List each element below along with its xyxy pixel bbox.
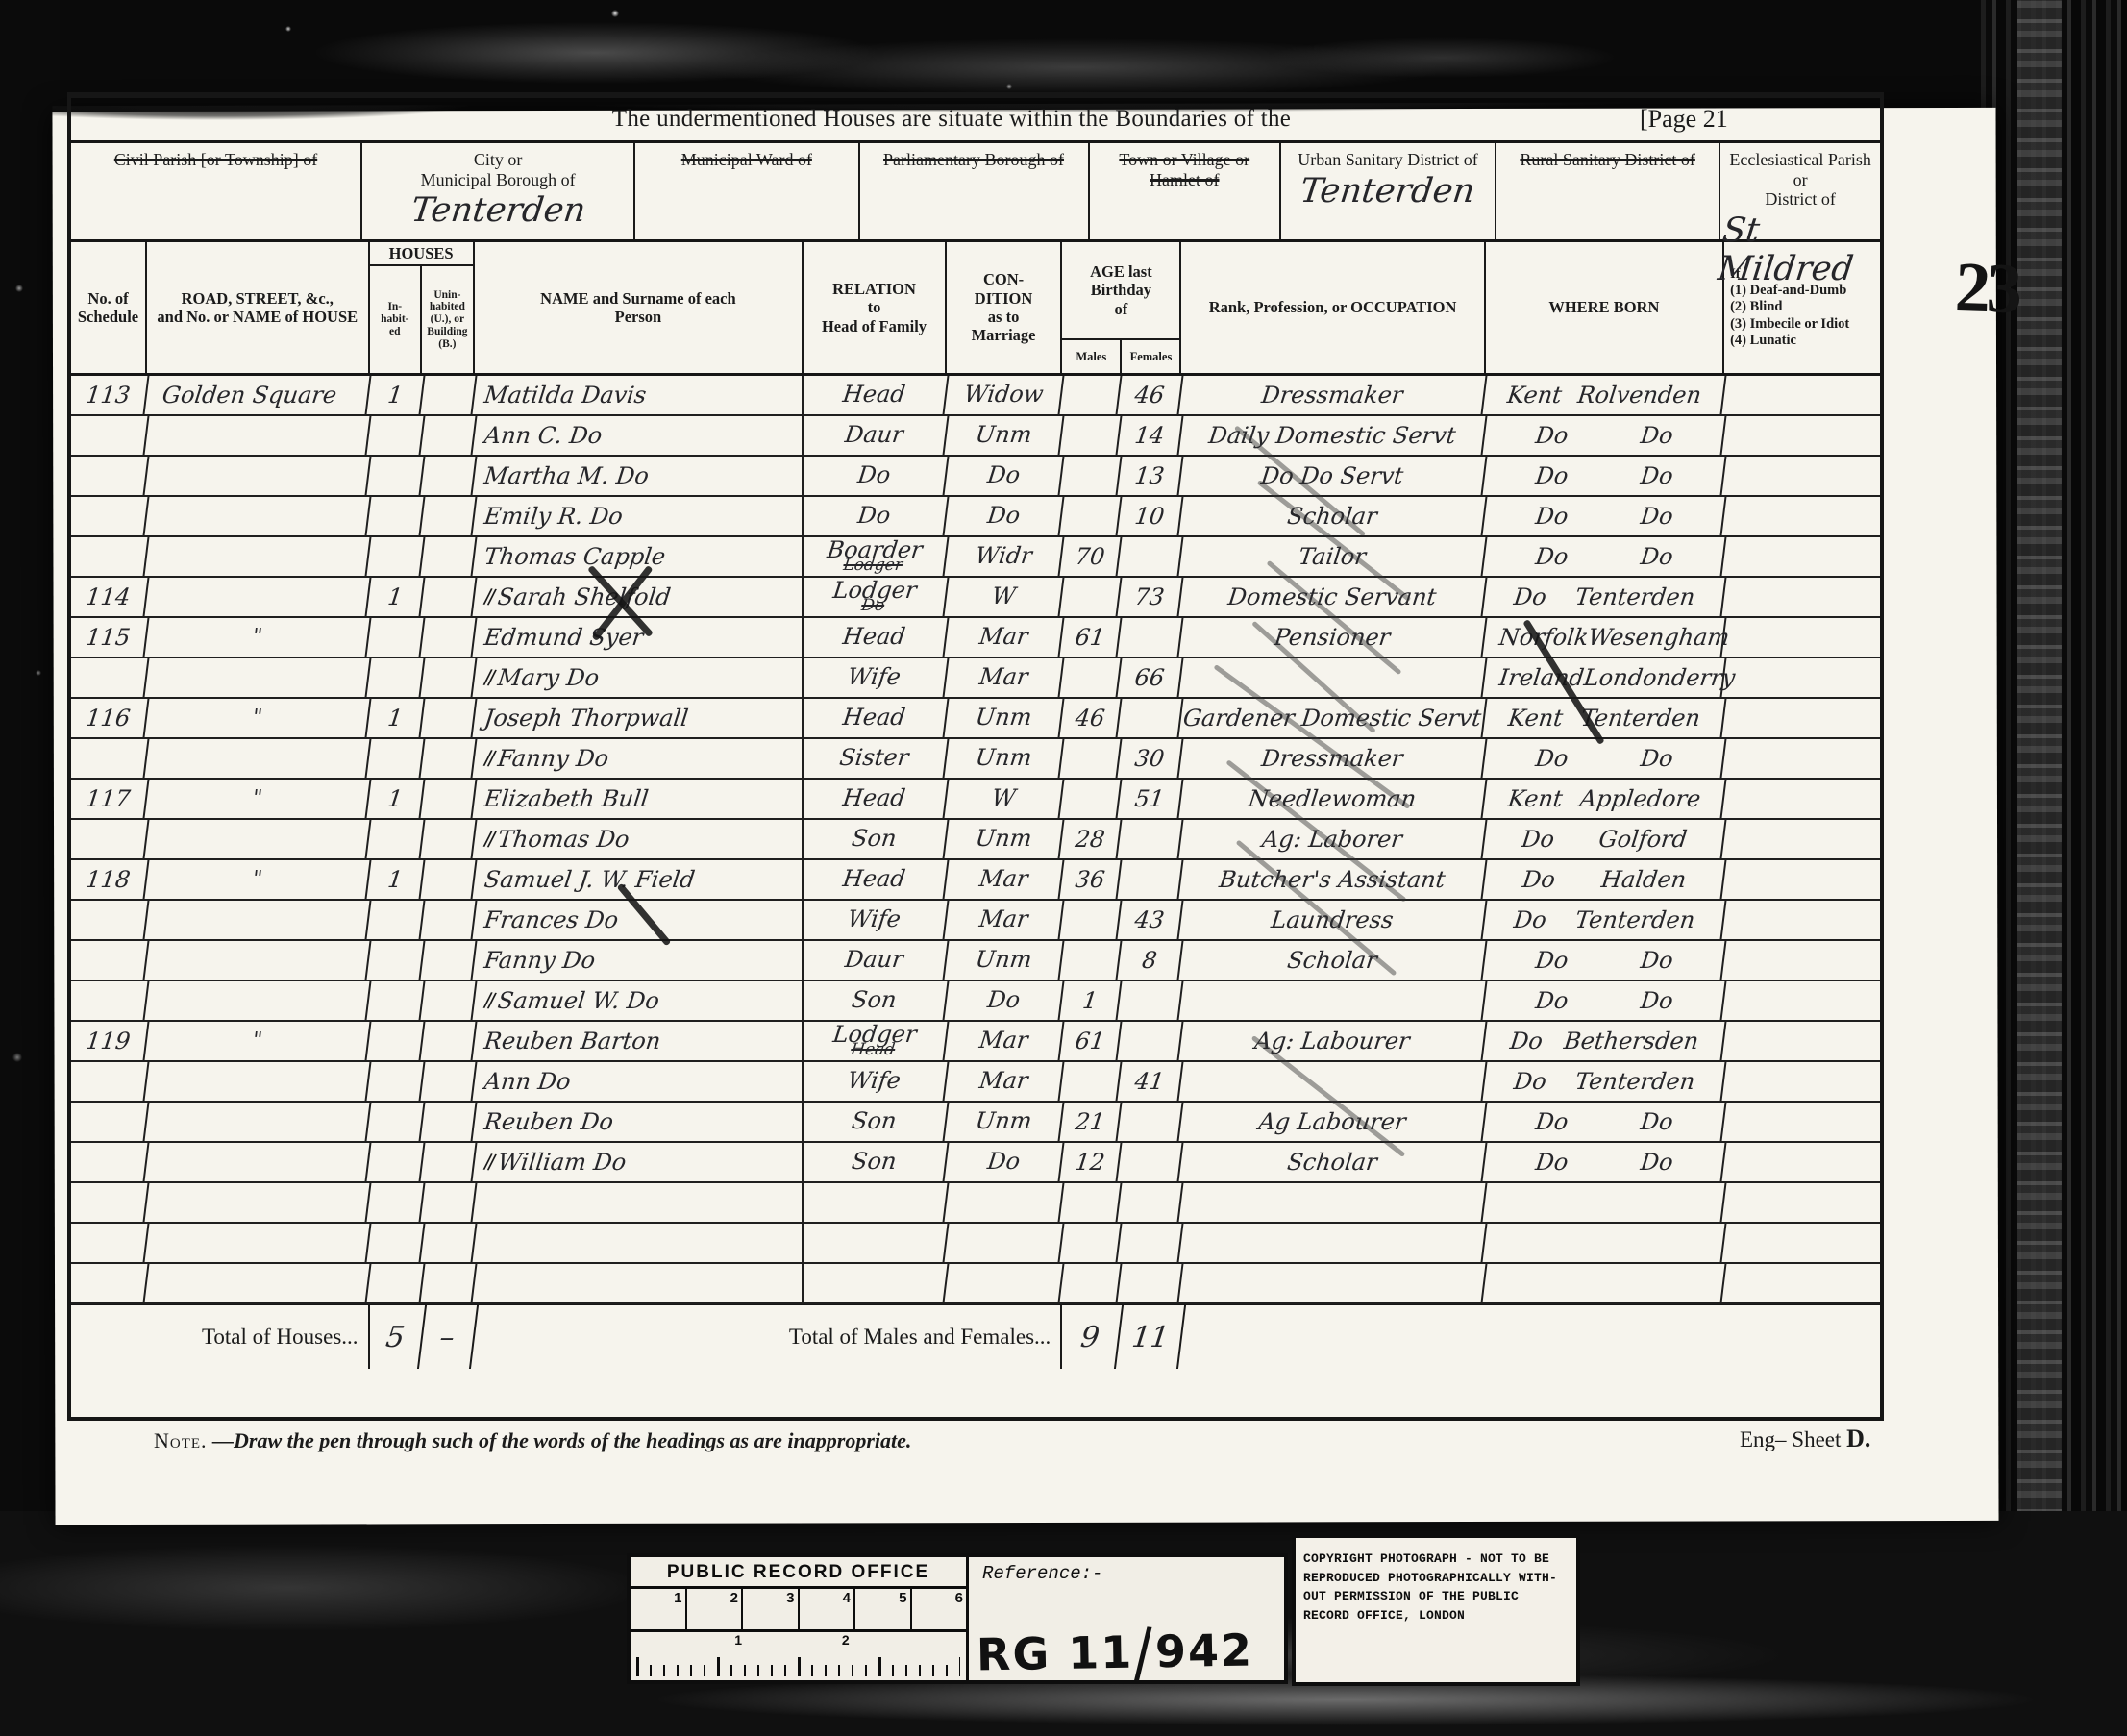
cell-female bbox=[1118, 1143, 1184, 1181]
total-uninhabited-value: – bbox=[418, 1305, 479, 1369]
cell-road bbox=[145, 497, 372, 535]
header-name: NAME and Surname of each Person bbox=[475, 242, 804, 373]
cell-born: DoDo bbox=[1483, 739, 1726, 778]
person-name: Reuben Barton bbox=[482, 1029, 661, 1053]
cell-inhabited bbox=[367, 941, 424, 980]
cell-condition bbox=[944, 1224, 1064, 1262]
cell-infirmity bbox=[1724, 1224, 1880, 1262]
copyright-line: REPRODUCED PHOTOGRAPHICALLY WITH- bbox=[1303, 1569, 1569, 1588]
cell-schedule bbox=[69, 981, 150, 1020]
born-county: Do bbox=[1534, 1151, 1570, 1174]
cell-name: //Thomas Do bbox=[475, 820, 804, 858]
cell-occupation: Dressmaker bbox=[1179, 376, 1488, 414]
cell-occupation: Dressmaker bbox=[1179, 739, 1488, 778]
scan-border-left bbox=[0, 0, 60, 1736]
cell-born: DoHalden bbox=[1483, 860, 1726, 899]
person-name: Samuel W. Do bbox=[497, 989, 661, 1012]
cell-road bbox=[145, 981, 372, 1020]
cell-occupation bbox=[1179, 981, 1488, 1020]
cell-born: DoTenterden bbox=[1483, 901, 1726, 939]
cell-schedule bbox=[69, 1183, 150, 1222]
table-row: Martha M. DoDoDo13Do Do ServtDoDo bbox=[71, 457, 1880, 497]
cell-infirmity bbox=[1724, 820, 1880, 858]
cell-infirmity bbox=[1724, 981, 1880, 1020]
cell-schedule: 116 bbox=[69, 699, 150, 737]
cell-schedule: 113 bbox=[69, 376, 150, 414]
cell-occupation: Ag Labourer bbox=[1179, 1103, 1488, 1141]
cell-infirmity bbox=[1724, 618, 1880, 657]
cell-male: 12 bbox=[1060, 1143, 1123, 1181]
table-body: 113Golden Square1Matilda DavisHeadWidow4… bbox=[71, 376, 1880, 1304]
header-road: ROAD, STREET, &c., and No. or NAME of HO… bbox=[147, 242, 369, 373]
district-label: Urban Sanitary District of bbox=[1298, 143, 1477, 170]
cell-road bbox=[145, 578, 372, 616]
pro-inch-ruler: 12 bbox=[631, 1632, 966, 1680]
cell-occupation: Gardener Domestic Servt bbox=[1179, 699, 1488, 737]
cell-relation: BoarderLodger bbox=[802, 537, 950, 576]
header-born: WHERE BORN bbox=[1486, 242, 1724, 373]
household-end-mark: // bbox=[482, 665, 494, 691]
cell-born: DoTenterden bbox=[1483, 578, 1726, 616]
born-county: Do bbox=[1534, 464, 1570, 487]
cell-uninhabited bbox=[420, 860, 477, 899]
cell-road: " bbox=[145, 860, 372, 899]
born-county: Do bbox=[1512, 908, 1547, 931]
district-header: Civil Parish [or Township] ofCity or Mun… bbox=[71, 140, 1880, 242]
person-name: Ann Do bbox=[482, 1070, 572, 1093]
header-uninhabited: Unin- habited (U.), or Building (B.) bbox=[422, 266, 473, 373]
cell-name: Matilda Davis bbox=[475, 376, 804, 414]
cell-female bbox=[1118, 699, 1184, 737]
cell-inhabited: 1 bbox=[367, 860, 424, 899]
cell-road: Golden Square bbox=[145, 376, 372, 414]
cell-relation: Sister bbox=[802, 739, 950, 778]
cm-scale-cell: 2 bbox=[687, 1589, 744, 1629]
district-cell-6: Rural Sanitary District of bbox=[1496, 143, 1720, 239]
cell-male: 61 bbox=[1060, 618, 1123, 657]
person-name: Thomas Capple bbox=[482, 545, 666, 568]
cell-road bbox=[145, 1143, 372, 1181]
cell-born: DoDo bbox=[1483, 457, 1726, 495]
cell-condition bbox=[944, 1264, 1064, 1302]
cell-infirmity bbox=[1724, 901, 1880, 939]
table-row: 117"1Elizabeth BullHeadW51NeedlewomanKen… bbox=[71, 780, 1880, 820]
person-name: Ann C. Do bbox=[482, 424, 603, 447]
cell-relation: Wife bbox=[802, 658, 950, 697]
cell-name: Emily R. Do bbox=[475, 497, 804, 535]
copyright-line: RECORD OFFICE, LONDON bbox=[1303, 1606, 1569, 1625]
district-cell-7: Ecclesiastical Parish or District ofSt M… bbox=[1720, 143, 1880, 239]
cell-uninhabited bbox=[420, 618, 477, 657]
cell-uninhabited bbox=[420, 1022, 477, 1060]
cell-male: 1 bbox=[1060, 981, 1123, 1020]
born-place: Do bbox=[1639, 424, 1674, 447]
cell-schedule bbox=[69, 1143, 150, 1181]
cell-born: DoDo bbox=[1483, 1143, 1726, 1181]
cell-name: Thomas Capple bbox=[475, 537, 804, 576]
cell-inhabited bbox=[367, 537, 424, 576]
born-place: Tenterden bbox=[1573, 1070, 1695, 1093]
district-cell-1: City or Municipal Borough ofTenterden bbox=[362, 143, 635, 239]
cell-uninhabited bbox=[420, 376, 477, 414]
cell-infirmity bbox=[1724, 537, 1880, 576]
district-cell-2: Municipal Ward of bbox=[635, 143, 859, 239]
cell-infirmity bbox=[1724, 1103, 1880, 1141]
born-place: Londonderry bbox=[1582, 666, 1736, 689]
table-row: 113Golden Square1Matilda DavisHeadWidow4… bbox=[71, 376, 1880, 416]
cell-schedule bbox=[69, 658, 150, 697]
cell-uninhabited bbox=[420, 1264, 477, 1302]
table-row: Ann C. DoDaurUnm14Daily Domestic ServtDo… bbox=[71, 416, 1880, 457]
cell-occupation: Scholar bbox=[1179, 1143, 1488, 1181]
table-row: 118"1Samuel J. W. FieldHeadMar36Butcher'… bbox=[71, 860, 1880, 901]
cell-infirmity bbox=[1724, 457, 1880, 495]
header-condition: CON- DITION as to Marriage bbox=[947, 242, 1062, 373]
cell-inhabited bbox=[367, 658, 424, 697]
cell-born bbox=[1483, 1183, 1726, 1222]
cell-road: " bbox=[145, 699, 372, 737]
cell-occupation bbox=[1179, 1224, 1488, 1262]
page-number-label: [Page 21 bbox=[1582, 105, 1880, 134]
banner-text: The undermentioned Houses are situate wi… bbox=[71, 106, 1582, 133]
table-row: Fanny DoDaurUnm8ScholarDoDo bbox=[71, 941, 1880, 981]
cell-relation: Daur bbox=[802, 416, 950, 455]
table-row bbox=[71, 1183, 1880, 1224]
person-name: Fanny Do bbox=[482, 949, 596, 972]
cell-female bbox=[1118, 1264, 1184, 1302]
cell-name: Reuben Do bbox=[475, 1103, 804, 1141]
total-females-value: 11 bbox=[1116, 1305, 1185, 1369]
cell-born: DoDo bbox=[1483, 497, 1726, 535]
copyright-line: COPYRIGHT PHOTOGRAPH - NOT TO BE bbox=[1303, 1550, 1569, 1569]
sheet-letter: D. bbox=[1846, 1425, 1870, 1452]
census-scan: The undermentioned Houses are situate wi… bbox=[0, 0, 2127, 1736]
table-row: Ann DoWifeMar41DoTenterden bbox=[71, 1062, 1880, 1103]
cell-occupation: Ag: Laborer bbox=[1179, 820, 1488, 858]
cell-uninhabited bbox=[420, 578, 477, 616]
born-place: Do bbox=[1639, 464, 1674, 487]
household-end-mark: // bbox=[482, 988, 494, 1014]
cell-condition: W bbox=[944, 780, 1064, 818]
cell-road bbox=[145, 1183, 372, 1222]
cell-condition: Unm bbox=[944, 1103, 1064, 1141]
cell-relation: Son bbox=[802, 981, 950, 1020]
cell-road bbox=[145, 1224, 372, 1262]
reference-piece: 942 bbox=[1155, 1624, 1254, 1677]
born-place: Do bbox=[1639, 747, 1674, 770]
household-end-mark: // bbox=[482, 746, 494, 772]
header-males: Males bbox=[1062, 340, 1122, 373]
header-age: AGE last Birthday of bbox=[1062, 242, 1179, 338]
cell-schedule bbox=[69, 941, 150, 980]
district-value: Tenterden bbox=[408, 191, 587, 230]
cell-schedule bbox=[69, 457, 150, 495]
cell-born: DoDo bbox=[1483, 537, 1726, 576]
cell-female bbox=[1118, 860, 1184, 899]
cell-road bbox=[145, 1103, 372, 1141]
cell-female: 51 bbox=[1118, 780, 1184, 818]
cell-name: Samuel J. W. Field bbox=[475, 860, 804, 899]
note-text: —Draw the pen through such of the words … bbox=[212, 1428, 911, 1452]
born-place: Do bbox=[1639, 1151, 1674, 1174]
cell-uninhabited bbox=[420, 1062, 477, 1101]
cm-scale-cell: 4 bbox=[800, 1589, 856, 1629]
cell-name: Martha M. Do bbox=[475, 457, 804, 495]
header-age-group: AGE last Birthday of Males Females bbox=[1062, 242, 1181, 373]
cell-road: " bbox=[145, 780, 372, 818]
header-schedule: No. of Schedule bbox=[71, 242, 147, 373]
cell-male bbox=[1060, 739, 1123, 778]
born-county: Do bbox=[1521, 868, 1556, 891]
cell-male: 61 bbox=[1060, 1022, 1123, 1060]
cell-born: DoDo bbox=[1483, 981, 1726, 1020]
cell-schedule: 119 bbox=[69, 1022, 150, 1060]
cell-uninhabited bbox=[420, 457, 477, 495]
reference-slash: / bbox=[1134, 1612, 1154, 1691]
cm-scale-cell: 1 bbox=[631, 1589, 687, 1629]
cell-road bbox=[145, 1264, 372, 1302]
cell-condition: Mar bbox=[944, 658, 1064, 697]
totals-row: Total of Houses... 5 – Total of Males an… bbox=[71, 1304, 1880, 1369]
inch-label: 2 bbox=[842, 1632, 850, 1648]
cell-relation: Wife bbox=[802, 901, 950, 939]
cell-occupation: Needlewoman bbox=[1179, 780, 1488, 818]
cell-uninhabited bbox=[420, 1103, 477, 1141]
born-county: Do bbox=[1534, 989, 1570, 1012]
cell-relation: Daur bbox=[802, 941, 950, 980]
header-females: Females bbox=[1122, 340, 1179, 373]
total-males-females-label: Total of Males and Females... bbox=[475, 1305, 1063, 1369]
table-row: Thomas CappleBoarderLodgerWidr70TailorDo… bbox=[71, 537, 1880, 578]
cell-condition: Mar bbox=[944, 860, 1064, 899]
cell-infirmity bbox=[1724, 1062, 1880, 1101]
born-place: Golford bbox=[1597, 828, 1688, 851]
cell-infirmity bbox=[1724, 578, 1880, 616]
district-cell-5: Urban Sanitary District ofTenterden bbox=[1281, 143, 1496, 239]
cell-relation: Do bbox=[802, 497, 950, 535]
cell-uninhabited bbox=[420, 941, 477, 980]
born-county: Kent bbox=[1506, 787, 1564, 810]
cell-born: DoDo bbox=[1483, 1103, 1726, 1141]
table-row bbox=[71, 1264, 1880, 1304]
cell-infirmity bbox=[1724, 376, 1880, 414]
cell-uninhabited bbox=[420, 739, 477, 778]
cell-male bbox=[1060, 416, 1123, 455]
cell-inhabited bbox=[367, 739, 424, 778]
cell-road bbox=[145, 416, 372, 455]
cell-uninhabited bbox=[420, 416, 477, 455]
cell-name: Elizabeth Bull bbox=[475, 780, 804, 818]
cell-inhabited bbox=[367, 901, 424, 939]
born-place: Wesengham bbox=[1587, 626, 1731, 649]
district-label: Municipal Ward of bbox=[681, 143, 812, 170]
cell-name bbox=[475, 1264, 804, 1302]
cell-uninhabited bbox=[420, 901, 477, 939]
cell-inhabited bbox=[367, 1224, 424, 1262]
cell-condition: Unm bbox=[944, 941, 1064, 980]
cell-occupation: Domestic Servant bbox=[1179, 578, 1488, 616]
born-place: Do bbox=[1639, 505, 1674, 528]
pro-office-title: PUBLIC RECORD OFFICE bbox=[631, 1557, 966, 1586]
person-name: Mary Do bbox=[497, 666, 601, 689]
pro-stamp-right: Reference:- RG 11/942 bbox=[969, 1557, 1284, 1680]
born-place: Do bbox=[1639, 949, 1674, 972]
person-name: Emily R. Do bbox=[482, 505, 624, 528]
cell-inhabited: 1 bbox=[367, 780, 424, 818]
total-males-value: 9 bbox=[1058, 1305, 1124, 1369]
cell-female: 41 bbox=[1118, 1062, 1184, 1101]
cell-infirmity bbox=[1724, 658, 1880, 697]
table-row: 116"1Joseph ThorpwallHeadUnm46Gardener D… bbox=[71, 699, 1880, 739]
copyright-stamp: COPYRIGHT PHOTOGRAPH - NOT TO BEREPRODUC… bbox=[1292, 1534, 1580, 1686]
cell-name: Ann C. Do bbox=[475, 416, 804, 455]
cell-female bbox=[1118, 820, 1184, 858]
cell-schedule bbox=[69, 1224, 150, 1262]
cell-condition: Do bbox=[944, 497, 1064, 535]
cell-condition: Unm bbox=[944, 416, 1064, 455]
cell-born: KentAppledore bbox=[1483, 780, 1726, 818]
cell-male bbox=[1060, 780, 1123, 818]
person-name: Fanny Do bbox=[497, 747, 610, 770]
cm-scale-cell: 3 bbox=[743, 1589, 800, 1629]
born-county: Kent bbox=[1507, 707, 1565, 730]
cell-female: 66 bbox=[1118, 658, 1184, 697]
table-row: //Fanny DoSisterUnm30DressmakerDoDo bbox=[71, 739, 1880, 780]
cell-road bbox=[145, 1062, 372, 1101]
cell-male bbox=[1060, 1062, 1123, 1101]
person-name: Reuben Do bbox=[482, 1110, 614, 1133]
born-county: Do bbox=[1512, 585, 1547, 608]
cell-condition: Do bbox=[944, 457, 1064, 495]
household-end-mark: // bbox=[482, 827, 494, 853]
cell-born: KentRolvenden bbox=[1483, 376, 1726, 414]
cell-condition: Mar bbox=[944, 1022, 1064, 1060]
cell-born: KentTenterden bbox=[1483, 699, 1726, 737]
cell-relation: Do bbox=[802, 457, 950, 495]
cell-name: Fanny Do bbox=[475, 941, 804, 980]
table-row bbox=[71, 1224, 1880, 1264]
cell-occupation: Butcher's Assistant bbox=[1179, 860, 1488, 899]
cell-infirmity bbox=[1724, 739, 1880, 778]
cell-infirmity bbox=[1724, 1143, 1880, 1181]
cell-occupation: Daily Domestic Servt bbox=[1179, 416, 1488, 455]
cell-male bbox=[1060, 658, 1123, 697]
cell-male bbox=[1060, 941, 1123, 980]
born-county: Kent bbox=[1506, 384, 1564, 407]
cell-relation bbox=[802, 1264, 950, 1302]
person-name: Samuel J. W. Field bbox=[482, 868, 696, 891]
footer-note: Note. —Draw the pen through such of the … bbox=[154, 1428, 911, 1453]
relation-struck: Do bbox=[860, 599, 885, 613]
cell-infirmity bbox=[1724, 699, 1880, 737]
header-houses-group: HOUSES In- habit- ed Unin- habited (U.),… bbox=[370, 242, 475, 373]
cell-male bbox=[1060, 1264, 1123, 1302]
cell-male bbox=[1060, 457, 1123, 495]
cell-condition: Mar bbox=[944, 618, 1064, 657]
table-row: Frances DoWifeMar43LaundressDoTenterden bbox=[71, 901, 1880, 941]
cell-name: //Samuel W. Do bbox=[475, 981, 804, 1020]
cell-condition: Unm bbox=[944, 699, 1064, 737]
cell-born: DoDo bbox=[1483, 416, 1726, 455]
district-label: City or Municipal Borough of bbox=[421, 143, 576, 189]
cell-relation: Head bbox=[802, 780, 950, 818]
cell-born: DoDo bbox=[1483, 941, 1726, 980]
household-end-mark: // bbox=[482, 584, 494, 610]
cell-relation: Son bbox=[802, 1143, 950, 1181]
born-county: Do bbox=[1534, 545, 1570, 568]
cell-road: " bbox=[145, 1022, 372, 1060]
copyright-line: OUT PERMISSION OF THE PUBLIC bbox=[1303, 1587, 1569, 1606]
cell-infirmity bbox=[1724, 1022, 1880, 1060]
cell-infirmity bbox=[1724, 497, 1880, 535]
cell-schedule: 114 bbox=[69, 578, 150, 616]
cell-name bbox=[475, 1224, 804, 1262]
sheet-prefix: Eng– Sheet bbox=[1740, 1427, 1841, 1451]
district-label: Town or Village or Hamlet of bbox=[1119, 143, 1249, 189]
cell-relation: Wife bbox=[802, 1062, 950, 1101]
cell-uninhabited bbox=[420, 658, 477, 697]
form-banner: The undermentioned Houses are situate wi… bbox=[71, 98, 1880, 140]
cell-infirmity bbox=[1724, 780, 1880, 818]
district-cell-3: Parliamentary Borough of bbox=[860, 143, 1090, 239]
header-relation: RELATION to Head of Family bbox=[804, 242, 947, 373]
born-place: Tenterden bbox=[1573, 908, 1695, 931]
cell-male bbox=[1060, 497, 1123, 535]
household-end-mark: // bbox=[482, 1150, 494, 1176]
born-county: Do bbox=[1534, 424, 1570, 447]
table-row: Reuben DoSonUnm21Ag LabourerDoDo bbox=[71, 1103, 1880, 1143]
born-county: Do bbox=[1512, 1070, 1547, 1093]
person-name: Matilda Davis bbox=[482, 384, 647, 407]
reference-value: RG 11/942 bbox=[977, 1624, 1254, 1680]
cell-uninhabited bbox=[420, 1224, 477, 1262]
cell-schedule bbox=[69, 1103, 150, 1141]
cell-born: DoBethersden bbox=[1483, 1022, 1726, 1060]
born-place: Do bbox=[1639, 989, 1674, 1012]
cell-occupation: Do Do Servt bbox=[1179, 457, 1488, 495]
cell-road bbox=[145, 537, 372, 576]
cell-relation: Head bbox=[802, 860, 950, 899]
cell-name: //Fanny Do bbox=[475, 739, 804, 778]
cell-occupation: Pensioner bbox=[1179, 618, 1488, 657]
cell-inhabited: 1 bbox=[367, 376, 424, 414]
born-county: Do bbox=[1534, 1110, 1570, 1133]
cell-name: //Mary Do bbox=[475, 658, 804, 697]
cell-name: Ann Do bbox=[475, 1062, 804, 1101]
header-houses: HOUSES bbox=[370, 242, 473, 266]
born-county: Do bbox=[1520, 828, 1555, 851]
cell-infirmity bbox=[1724, 1183, 1880, 1222]
born-place: Appledore bbox=[1578, 787, 1701, 810]
cell-road bbox=[145, 658, 372, 697]
district-label: Rural Sanitary District of bbox=[1520, 143, 1694, 170]
cell-born: DoGolford bbox=[1483, 820, 1726, 858]
inch-label: 1 bbox=[734, 1632, 742, 1648]
table-row: //William DoSonDo12ScholarDoDo bbox=[71, 1143, 1880, 1183]
cell-born bbox=[1483, 1264, 1726, 1302]
sheet-mark: Eng– Sheet D. bbox=[1740, 1425, 1870, 1453]
pro-stamp: PUBLIC RECORD OFFICE 123456 12 Reference… bbox=[627, 1553, 1288, 1684]
cell-road bbox=[145, 457, 372, 495]
cell-condition: Mar bbox=[944, 1062, 1064, 1101]
cell-female bbox=[1118, 618, 1184, 657]
cm-scale-cell: 5 bbox=[855, 1589, 912, 1629]
born-place: Halden bbox=[1599, 868, 1687, 891]
cell-male: 36 bbox=[1060, 860, 1123, 899]
cell-female bbox=[1118, 1183, 1184, 1222]
cell-condition: Widow bbox=[944, 376, 1064, 414]
cell-road bbox=[145, 820, 372, 858]
